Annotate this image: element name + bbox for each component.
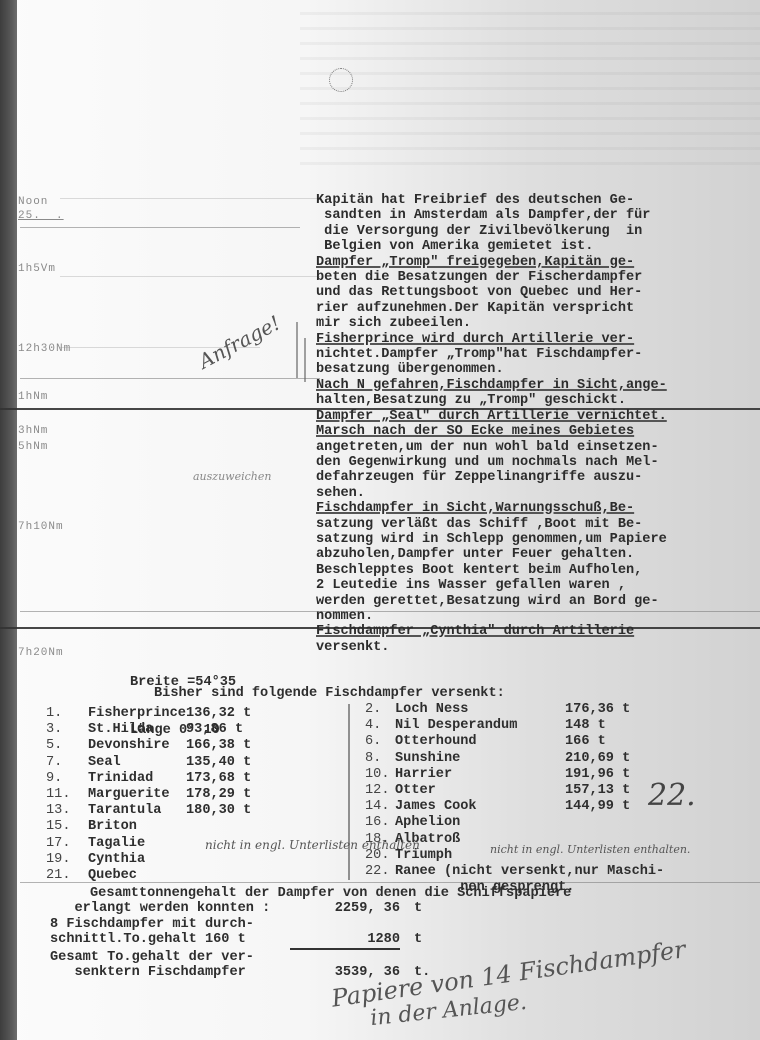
time-label: 5hNm [18, 441, 48, 454]
log-line: halten,Besatzung zu „Tromp" geschickt. [316, 393, 756, 408]
list-item: 8.Sunshine210,69 t [365, 751, 760, 767]
totals-value: 1280 [290, 932, 400, 949]
tonnage: 178,29 t [186, 787, 286, 803]
item-number: 14. [365, 799, 395, 815]
log-line: angetreten,um der nun wohl bald einsetze… [316, 440, 756, 455]
log-line: Fischdampfer in Sicht,Warnungsschuß,Be- [316, 501, 756, 516]
log-line: sandten in Amsterdam als Dampfer,der für [316, 208, 756, 223]
time-label: 1h5Vm [18, 263, 56, 276]
log-line: rier aufzunehmen.Der Kapitän verspricht [316, 301, 756, 316]
list-note: nicht in engl. Unterlisten enthalten. [490, 843, 690, 856]
time-label: Noon [18, 196, 48, 209]
item-number: 10. [365, 767, 395, 783]
item-number: 13. [46, 803, 88, 819]
tonnage: 136,32 t [186, 706, 286, 722]
rule-line [60, 276, 320, 277]
totals-label: 8 Fischdampfer mit durch- [50, 917, 290, 932]
item-number: 1. [46, 706, 88, 722]
item-number: 17. [46, 836, 88, 852]
item-number: 9. [46, 771, 88, 787]
log-line: besatzung übergenommen. [316, 362, 756, 377]
vessel-name: Marguerite [88, 787, 186, 803]
margin-bar [296, 322, 298, 378]
time-label: 1hNm [18, 391, 48, 404]
margin-note: auszuweichen [193, 470, 271, 483]
item-number: 19. [46, 852, 88, 868]
vessel-name: Tagalie [88, 836, 186, 852]
vessel-name: Ranee (nicht versenkt,nur Maschi- [395, 864, 664, 880]
log-line: Kapitän hat Freibrief des deutschen Ge- [316, 193, 756, 208]
item-number: 6. [365, 734, 395, 750]
list-item: 3.St.Hilda93,86 t [46, 722, 286, 738]
item-number: 11. [46, 787, 88, 803]
time-label: 3hNm [18, 425, 48, 438]
tonnage: 135,40 t [186, 755, 286, 771]
vessel-name: Quebec [88, 868, 186, 884]
item-number: 4. [365, 718, 395, 734]
rule-line [20, 227, 300, 228]
list-item: 22.Ranee (nicht versenkt,nur Maschi- [365, 864, 760, 880]
item-number: 16. [365, 815, 395, 831]
list-item: 5.Devonshire166,38 t [46, 738, 286, 754]
vessel-name: Otterhound [395, 734, 565, 750]
tonnage [664, 864, 760, 880]
list-item: 9.Trinidad173,68 t [46, 771, 286, 787]
totals-row: erlangt werden konnten :2259, 36t [50, 901, 571, 916]
tonnage: 166 t [565, 734, 675, 750]
vessel-name: Trinidad [88, 771, 186, 787]
tonnage: 166,38 t [186, 738, 286, 754]
item-number: 15. [46, 819, 88, 835]
log-line: die Versorgung der Zivilbevölkerung in [316, 224, 756, 239]
stamp-circle [329, 68, 353, 92]
log-line: abzuholen,Dampfer unter Feuer gehalten. [316, 547, 756, 562]
vessel-name: Fisherprince [88, 706, 186, 722]
log-line: Dampfer „Tromp" freigegeben,Kapitän ge- [316, 255, 756, 270]
list-item: 2.Loch Ness176,36 t [365, 702, 760, 718]
sunk-list-even: 2.Loch Ness176,36 t4.Nil Desperandum148 … [365, 702, 760, 896]
totals-value [290, 950, 400, 965]
item-number: 3. [46, 722, 88, 738]
totals-row: 8 Fischdampfer mit durch- [50, 917, 571, 932]
list-item: 16.Aphelion [365, 815, 760, 831]
log-line: defahrzeugen für Zeppelinangriffe auszu- [316, 470, 756, 485]
vessel-name: Harrier [395, 767, 565, 783]
tonnage: 180,30 t [186, 803, 286, 819]
time-label: 7h20Nm [18, 647, 64, 660]
totals-unit [400, 950, 454, 965]
list-item: 6.Otterhound166 t [365, 734, 760, 750]
totals-label: erlangt werden konnten : [50, 901, 290, 916]
list-item: 10.Harrier191,96 t [365, 767, 760, 783]
log-text: Kapitän hat Freibrief des deutschen Ge- … [316, 193, 756, 655]
sunk-list-intro: Bisher sind folgende Fischdampfer versen… [154, 686, 505, 701]
sunk-list-odd: 1.Fisherprince136,32 t3.St.Hilda93,86 t5… [46, 706, 286, 884]
log-line: mir sich zubeeilen. [316, 316, 756, 331]
item-number: 7. [46, 755, 88, 771]
log-line: satzung verläßt das Schiff ,Boot mit Be- [316, 517, 756, 532]
totals-row: schnittl.To.gehalt 160 t1280t [50, 932, 571, 949]
tonnage [186, 819, 286, 835]
log-line: Dampfer „Seal" durch Artillerie vernicht… [316, 409, 756, 424]
item-number: 12. [365, 783, 395, 799]
tonnage [186, 868, 286, 884]
tonnage: 148 t [565, 718, 675, 734]
list-item: 4.Nil Desperandum148 t [365, 718, 760, 734]
rule-line [20, 378, 320, 379]
list-divider [348, 704, 350, 880]
list-item: 1.Fisherprince136,32 t [46, 706, 286, 722]
tonnage: 210,69 t [565, 751, 675, 767]
tonnage: 93,86 t [186, 722, 286, 738]
vessel-name: Devonshire [88, 738, 186, 754]
vessel-name: Cynthia [88, 852, 186, 868]
totals-label: senktern Fischdampfer [50, 965, 290, 980]
list-item: 12.Otter157,13 t [365, 783, 760, 799]
list-item: 11.Marguerite178,29 t [46, 787, 286, 803]
totals-label: Gesamt To.gehalt der ver- [50, 950, 290, 965]
tonnage [565, 815, 675, 831]
vessel-name: Loch Ness [395, 702, 565, 718]
item-number: 5. [46, 738, 88, 754]
log-line: nommen. [316, 609, 756, 624]
list-item: 7.Seal135,40 t [46, 755, 286, 771]
totals-label: schnittl.To.gehalt 160 t [50, 932, 290, 949]
count-note: 22. [648, 778, 696, 813]
totals-value [290, 917, 400, 932]
list-item: 19.Cynthia [46, 852, 286, 868]
vessel-name: St.Hilda [88, 722, 186, 738]
log-line: nichtet.Dampfer „Tromp"hat Fischdampfer- [316, 347, 756, 362]
date-label: 25. . [18, 210, 64, 223]
log-line: Fischdampfer „Cynthia" durch Artillerie [316, 624, 756, 639]
item-number: 8. [365, 751, 395, 767]
vessel-name: Briton [88, 819, 186, 835]
log-line: Belgien von Amerika gemietet ist. [316, 239, 756, 254]
vessel-name: Otter [395, 783, 565, 799]
list-item: 13.Tarantula180,30 t [46, 803, 286, 819]
log-line: den Gegenwirkung und um nochmals nach Me… [316, 455, 756, 470]
item-number: 21. [46, 868, 88, 884]
vessel-name: Sunshine [395, 751, 565, 767]
vessel-name: Nil Desperandum [395, 718, 565, 734]
log-line: beten die Besatzungen der Fischerdampfer [316, 270, 756, 285]
log-line: 2 Leutedie ins Wasser gefallen waren , [316, 578, 756, 593]
totals-unit: t [400, 932, 454, 949]
vessel-name: Tarantula [88, 803, 186, 819]
tonnage: 173,68 t [186, 771, 286, 787]
time-label: 7h10Nm [18, 521, 64, 534]
log-line: Marsch nach der SO Ecke meines Gebietes [316, 424, 756, 439]
log-line: Fisherprince wird durch Artillerie ver- [316, 332, 756, 347]
list-note: nicht in engl. Unterlisten enthalten [205, 838, 420, 852]
totals-unit: t [400, 901, 454, 916]
log-line: satzung wird in Schlepp genommen,um Papi… [316, 532, 756, 547]
tonnage: 176,36 t [565, 702, 675, 718]
item-number: 2. [365, 702, 395, 718]
bleed-through-text [300, 0, 760, 175]
log-line: und das Rettungsboot von Quebec und Her- [316, 285, 756, 300]
vessel-name: Aphelion [395, 815, 565, 831]
log-line: Nach N gefahren,Fischdampfer in Sicht,an… [316, 378, 756, 393]
log-line: sehen. [316, 486, 756, 501]
margin-note: Anfrage! [195, 311, 285, 374]
tonnage [574, 880, 684, 896]
log-line: versenkt. [316, 640, 756, 655]
log-line: Beschlepptes Boot kentert beim Aufholen, [316, 563, 756, 578]
rule-line [60, 198, 320, 199]
tonnage [186, 852, 286, 868]
list-item: 21.Quebec [46, 868, 286, 884]
totals-value: 2259, 36 [290, 901, 400, 916]
margin-bar [304, 338, 306, 382]
document-page: Noon 25. . 1h5Vm 12h30Nm 1hNm 3hNm 5hNm … [0, 0, 760, 1040]
list-item: 14.James Cook144,99 t [365, 799, 760, 815]
log-line: werden gerettet,Besatzung wird an Bord g… [316, 594, 756, 609]
totals-unit [400, 917, 454, 932]
list-item: 15.Briton [46, 819, 286, 835]
binding-edge [0, 0, 17, 1040]
time-label: 12h30Nm [18, 343, 71, 356]
item-number: 22. [365, 864, 395, 880]
totals-header: Gesamttonnengehalt der Dampfer von denen… [50, 886, 571, 901]
vessel-name: James Cook [395, 799, 565, 815]
vessel-name: Seal [88, 755, 186, 771]
